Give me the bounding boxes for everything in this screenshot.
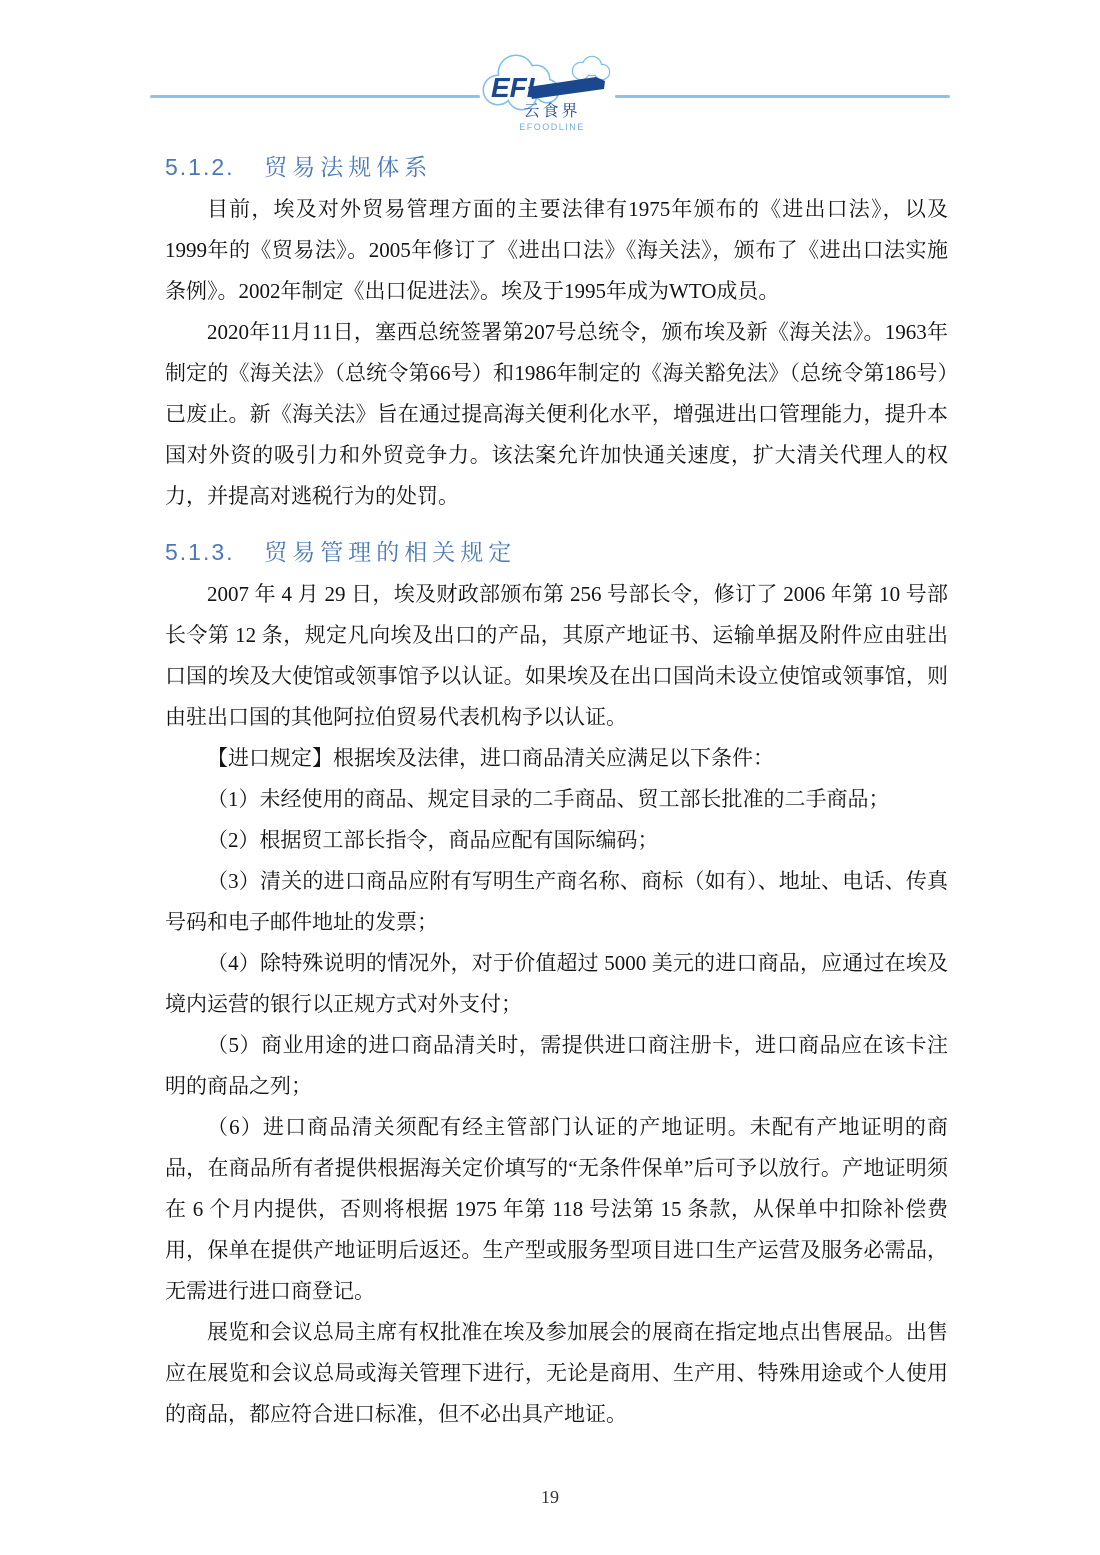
paragraph: 【进口规定】根据埃及法律，进口商品清关应满足以下条件： xyxy=(165,738,948,779)
paragraph: 2020年11月11日，塞西总统签署第207号总统令，颁布埃及新《海关法》。19… xyxy=(165,312,948,517)
paragraph: 2007 年 4 月 29 日，埃及财政部颁布第 256 号部长令，修订了 20… xyxy=(165,574,948,738)
section-title: 贸易法规体系 xyxy=(264,155,432,180)
section-number: 5.1.2. xyxy=(165,154,235,180)
logo-abbr-text: EFL xyxy=(491,72,544,103)
logo-cn-text: 云食界 xyxy=(523,102,580,120)
list-item: （3）清关的进口商品应附有写明生产商名称、商标（如有）、地址、电话、传真号码和电… xyxy=(165,861,948,943)
logo-en-text: EFOODLINE xyxy=(519,122,585,132)
list-item: （4）除特殊说明的情况外，对于价值超过 5000 美元的进口商品，应通过在埃及境… xyxy=(165,943,948,1025)
paragraph: 目前，埃及对外贸易管理方面的主要法律有1975年颁布的《进出口法》，以及1999… xyxy=(165,189,948,312)
paragraph: 展览和会议总局主席有权批准在埃及参加展会的展商在指定地点出售展品。出售应在展览和… xyxy=(165,1312,948,1435)
section-heading-5-1-3: 5.1.3. 贸易管理的相关规定 xyxy=(165,537,948,568)
small-cloud-icon xyxy=(573,57,609,79)
cloud-logo-graphic: EFL 云食界 EFOODLINE xyxy=(478,48,623,136)
list-item: （5）商业用途的进口商品清关时，需提供进口商注册卡，进口商品应在该卡注明的商品之… xyxy=(165,1025,948,1107)
list-item: （2）根据贸工部长指令，商品应配有国际编码； xyxy=(165,820,948,861)
section-heading-5-1-2: 5.1.2. 贸易法规体系 xyxy=(165,152,948,183)
section-number: 5.1.3. xyxy=(165,539,235,565)
efl-logo: EFL 云食界 EFOODLINE xyxy=(478,48,623,136)
header-rule-right xyxy=(615,95,950,98)
document-page: EFL 云食界 EFOODLINE 5.1.2. 贸易法规体系 目前，埃及对外贸… xyxy=(0,0,1100,1555)
list-item: （6）进口商品清关须配有经主管部门认证的产地证明。未配有产地证明的商品，在商品所… xyxy=(165,1107,948,1312)
list-item: （1）未经使用的商品、规定目录的二手商品、贸工部长批准的二手商品； xyxy=(165,779,948,820)
section-title: 贸易管理的相关规定 xyxy=(264,540,516,565)
document-content: 5.1.2. 贸易法规体系 目前，埃及对外贸易管理方面的主要法律有1975年颁布… xyxy=(165,138,948,1435)
page-number: 19 xyxy=(0,1487,1100,1508)
header-rule-left xyxy=(150,95,480,98)
